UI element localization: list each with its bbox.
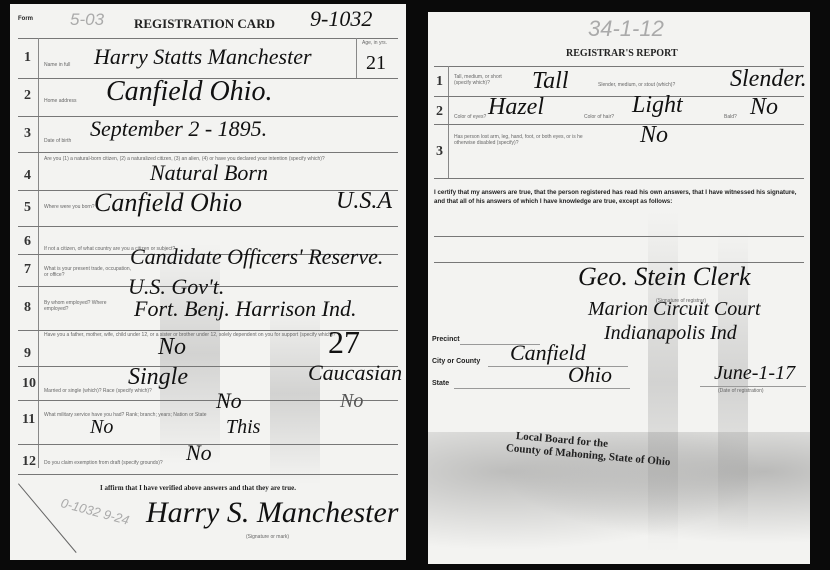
certification-text: I certify that my answers are true, that… [434,188,804,206]
height-value: Tall [532,68,568,95]
row-number: 12 [22,454,36,470]
exemption-value: No [186,440,212,466]
age-value: 21 [366,52,386,75]
city-label: City or County [432,358,480,365]
card-title: REGISTRATION CARD [134,16,275,32]
field-label: What is your present trade, occupation, … [44,266,134,278]
serial-number: 9-1032 [310,6,372,32]
marital-status-value: Single [128,364,188,391]
field-label: Bald? [724,114,737,120]
field-label: Color of eyes? [454,114,486,120]
military-branch-value: No [340,390,363,413]
field-label: By whom employed? Where employed? [44,300,124,312]
row-number: 5 [24,200,31,216]
row-number: 9 [24,346,31,362]
registrar-office: Marion Circuit Court [588,298,761,321]
field-label: Name in full [44,62,70,68]
build-value: Slender. [730,66,807,93]
birthplace-value: Canfield Ohio [94,188,242,218]
field-label: Has person lost arm, leg, hand, foot, or… [454,134,594,146]
side-stamp: 0-1032 9-24 [59,495,131,528]
military-nation-value: This [226,416,260,439]
name-value: Harry Statts Manchester [94,44,312,70]
field-label: Tall, medium, or short (specify which)? [454,74,514,86]
birth-date-value: September 2 - 1895. [90,116,267,142]
registration-date-label: (Date of registration) [718,388,764,394]
bald-value: No [750,94,778,121]
row-number: 10 [22,376,36,392]
military-years-value: No [90,416,113,439]
field-label: What military service have you had? Rank… [44,412,207,418]
dependents-value: No [158,334,186,361]
citizenship-value: Natural Born [150,160,268,186]
employment-place-value: Fort. Benj. Harrison Ind. [134,296,356,322]
registrar-city: Indianapolis Ind [604,322,737,345]
birth-country-value: U.S.A [336,188,392,215]
row-number: 1 [24,50,31,66]
signature-label: (Signature or mark) [246,534,289,540]
field-label: Home address [44,98,77,104]
field-label: Color of hair? [584,114,614,120]
age-label: Age, in yrs. [362,40,387,46]
affirmation-text: I affirm that I have verified above answ… [100,484,296,492]
row-number: 8 [24,300,31,316]
field-label: Slender, medium, or stout (which)? [598,82,675,88]
registration-date-value: June-1-17 [714,362,795,385]
report-stamp: 34-1-12 [588,16,664,42]
registrars-report: 34-1-12 REGISTRAR'S REPORT 1 Tall, mediu… [428,12,810,564]
row-number: 3 [436,144,443,160]
field-label: Do you claim exemption from draft (speci… [44,460,163,466]
hair-color-value: Light [632,92,683,119]
field-label: Where were you born? [44,204,95,210]
registrant-signature: Harry S. Manchester [146,496,398,530]
row-number: 4 [24,168,31,184]
row-number: 2 [24,88,31,104]
annotation-number: 27 [328,324,360,361]
precinct-label: Precinct [432,336,460,343]
row-number: 6 [24,234,31,250]
occupation-value: Candidate Officers' Reserve. [130,244,383,270]
state-label: State [432,380,449,387]
row-number: 11 [22,412,35,428]
registrar-signature: Geo. Stein Clerk [578,262,751,292]
form-stamp: 5-03 [70,10,104,30]
report-title: REGISTRAR'S REPORT [566,48,678,59]
registration-card: Form 5-03 REGISTRATION CARD 9-1032 Age, … [10,4,406,560]
eye-color-value: Hazel [488,94,544,121]
home-address-value: Canfield Ohio. [106,76,272,108]
military-rank-value: No [216,388,242,414]
row-number: 1 [436,74,443,90]
row-number: 7 [24,262,31,278]
state-value: Ohio [568,362,612,388]
race-value: Caucasian [308,360,402,386]
field-label: Date of birth [44,138,71,144]
corner-fold-line [18,483,77,553]
disability-value: No [640,122,668,149]
form-label: Form [18,16,33,22]
row-number: 3 [24,126,31,142]
row-number: 2 [436,104,443,120]
